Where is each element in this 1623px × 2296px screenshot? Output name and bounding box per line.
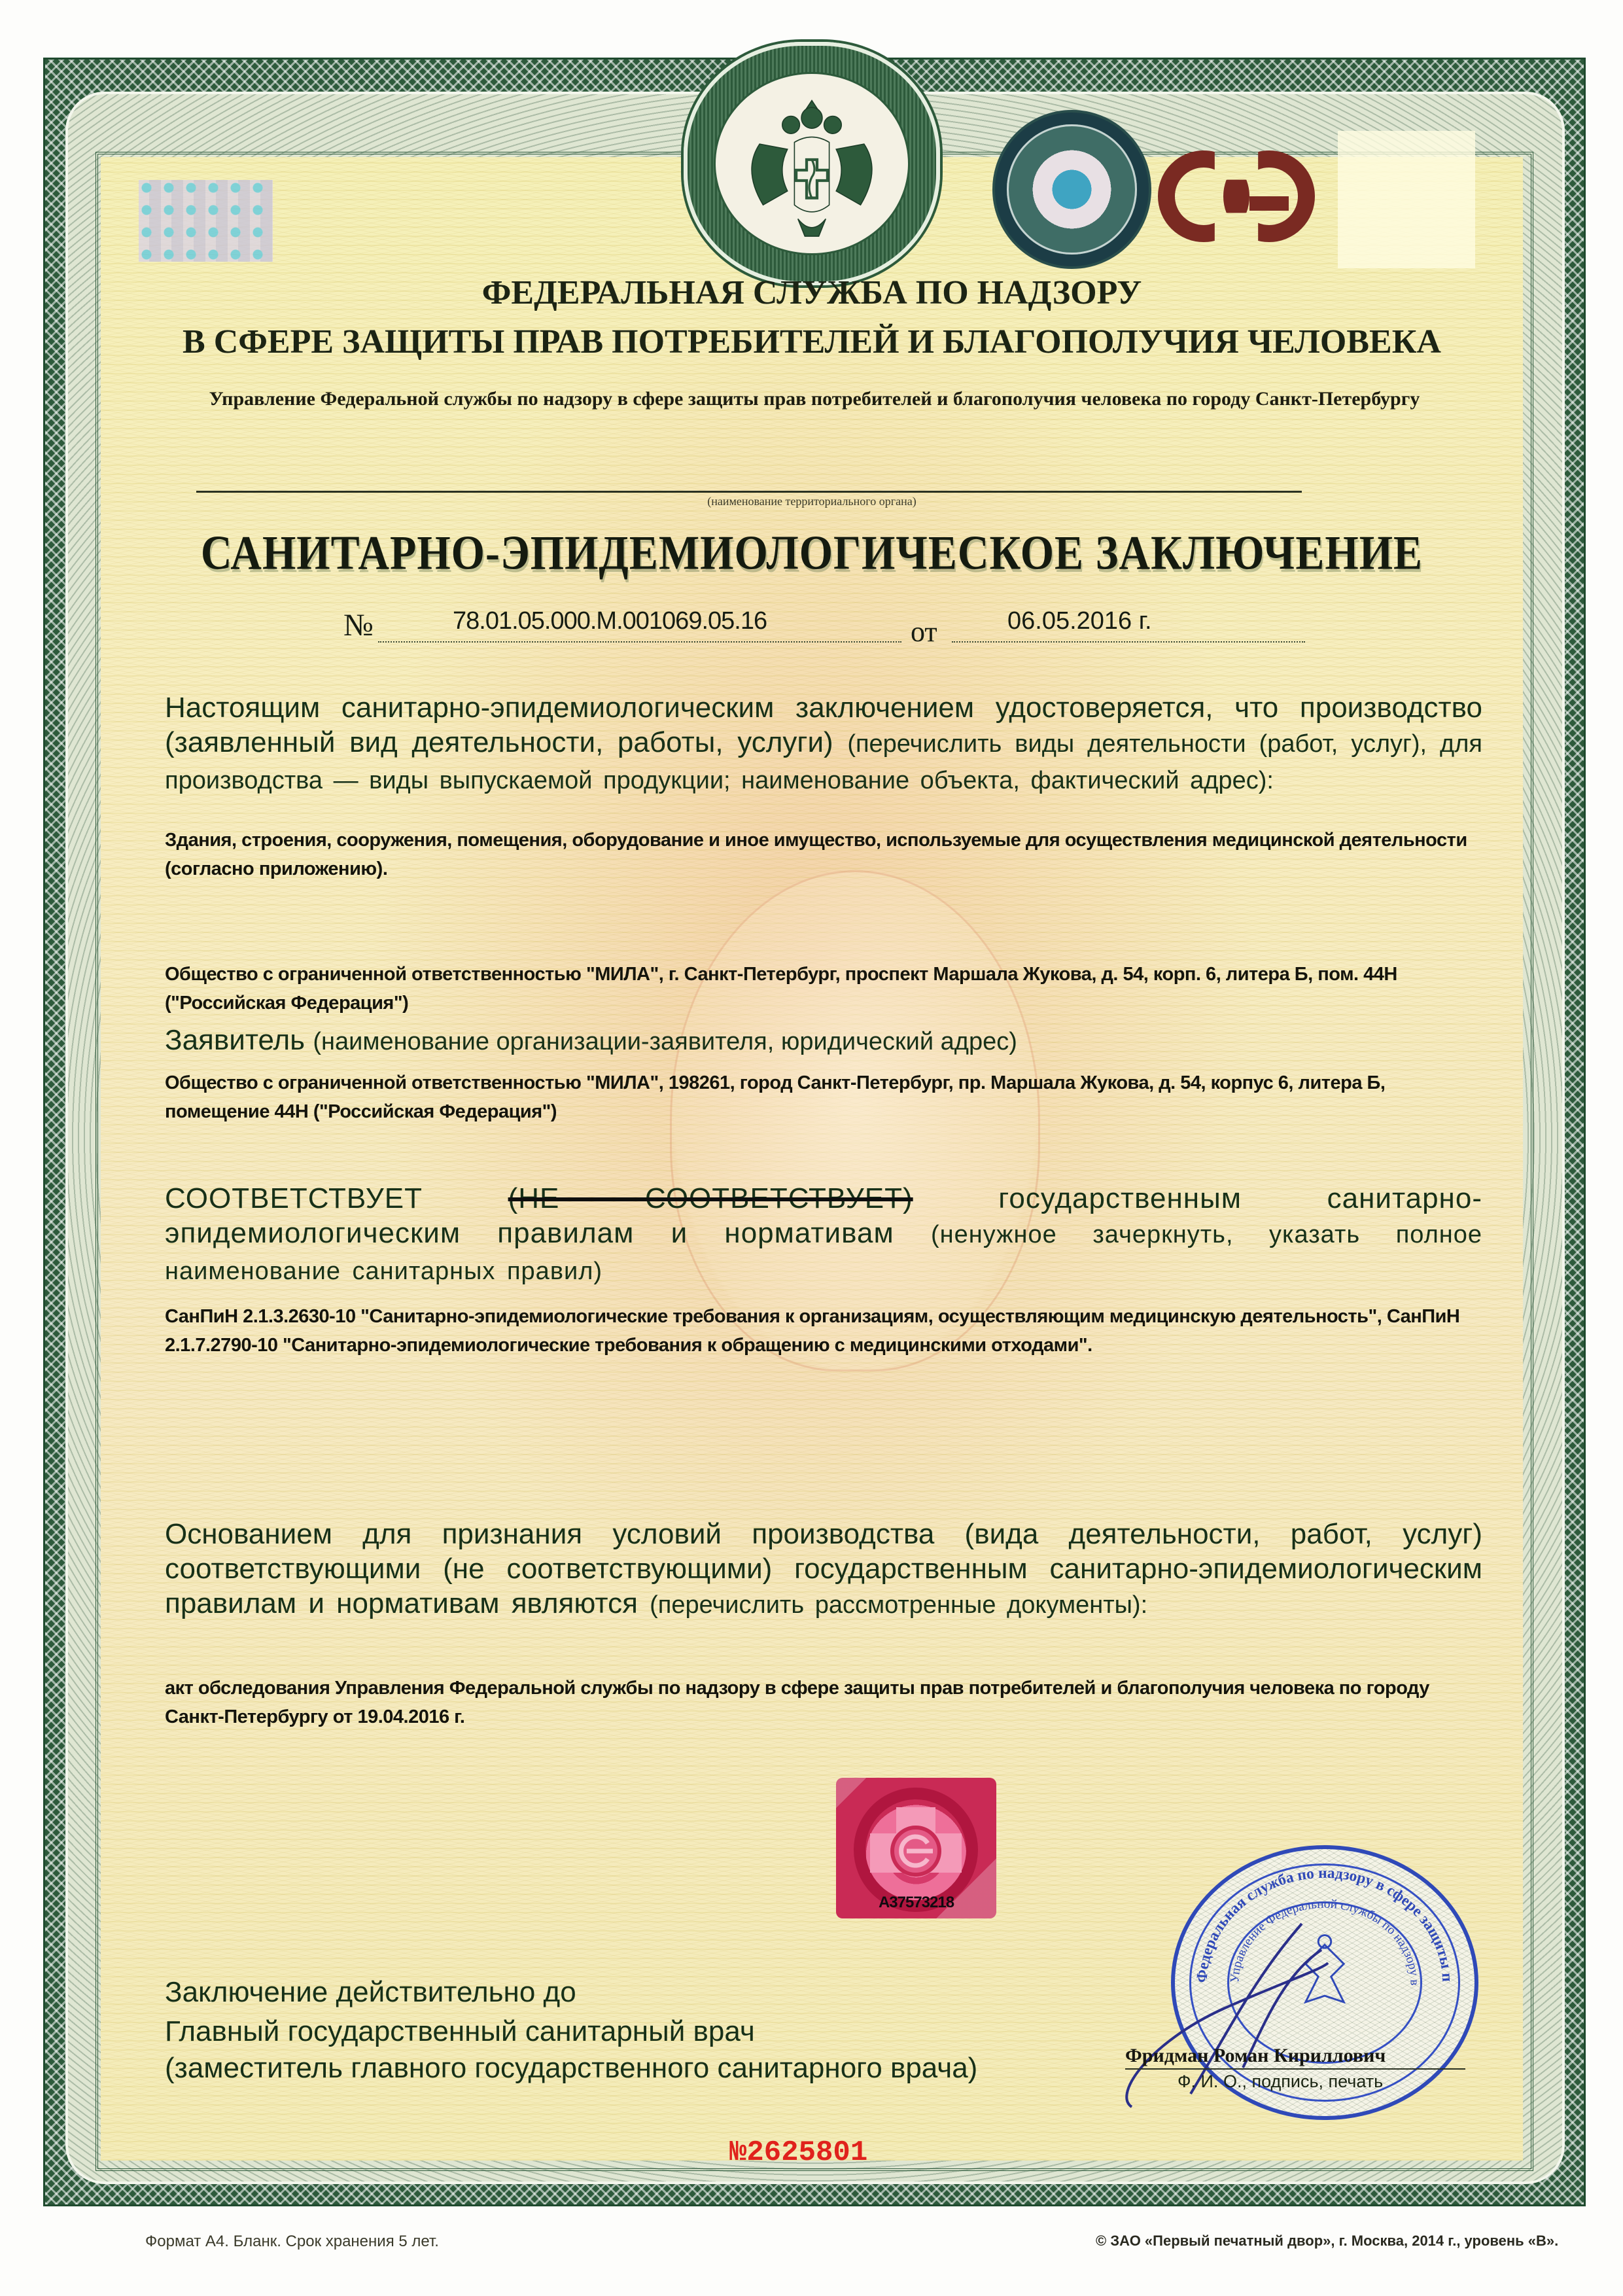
territorial-caption: (наименование территориального органа) [101,495,1523,508]
coat-of-arms-badge [684,42,940,285]
basis-hint: (перечислить рассмотренные документы): [650,1591,1147,1619]
signatory-name: Фридман Роман Кириллович [1125,2045,1465,2070]
number-label: № [343,607,374,643]
document-title: САНИТАРНО-ЭПИДЕМИОЛОГИЧЕСКОЕ ЗАКЛЮЧЕНИЕ [101,525,1523,581]
number-underline [378,641,901,643]
agency-title-line2: В СФЕРЕ ЗАЩИТЫ ПРАВ ПОТРЕБИТЕЛЕЙ И БЛАГО… [101,323,1523,361]
applicant-label: Заявитель [165,1024,305,1056]
applicant-hint: (наименование организации-заявителя, юри… [313,1028,1017,1055]
object-address: Общество с ограниченной ответственностью… [165,960,1482,1017]
security-hologram-strip [139,180,273,262]
activity-value: Здания, строения, сооружения, помещения,… [165,826,1482,883]
footer-printer-note: © ЗАО «Первый печатный двор», г. Москва,… [1096,2233,1558,2250]
compliance-verdict: СООТВЕТСТВУЕТ [165,1182,423,1214]
document-date: 06.05.2016 г. [1007,607,1152,635]
security-watermark-window [1338,131,1475,268]
hologram-sticker: А37573218 [836,1778,996,1918]
double-headed-eagle-icon [725,83,899,257]
hologram-serial: А37573218 [836,1894,996,1912]
date-underline [952,641,1305,643]
applicant-heading: Заявитель (наименование организации-заяв… [165,1024,1482,1057]
form-serial-number: №2625801 [729,2136,867,2169]
document-number: 78.01.05.000.М.001069.05.16 [453,607,767,635]
sanitary-rules-value: СанПиН 2.1.3.2630-10 "Санитарно-эпидемио… [165,1302,1482,1360]
activity-intro: Настоящим санитарно-эпидемиологическим з… [165,690,1482,798]
territorial-underline [196,491,1302,493]
ce-logo-icon [1158,150,1315,245]
footer-format-note: Формат А4. Бланк. Срок хранения 5 лет. [145,2233,439,2251]
territorial-body-name: Управление Федеральной службы по надзору… [164,383,1465,415]
compliance-statement: СООТВЕТСТВУЕТ (НЕ СООТВЕТСТВУЕТ) государ… [165,1181,1482,1289]
hologram-emblem [992,110,1151,269]
agency-title-line1: ФЕДЕРАЛЬНАЯ СЛУЖБА ПО НАДЗОРУ [101,274,1523,312]
basis-statement: Основанием для признания условий произво… [165,1517,1482,1623]
signature-caption: Ф. И. О., подпись, печать [1178,2072,1383,2092]
compliance-verdict-struck: (НЕ СООТВЕТСТВУЕТ) [508,1182,913,1214]
applicant-value: Общество с ограниченной ответственностью… [165,1069,1482,1126]
basis-value: акт обследования Управления Федеральной … [165,1674,1482,1731]
date-label: от [911,615,937,648]
